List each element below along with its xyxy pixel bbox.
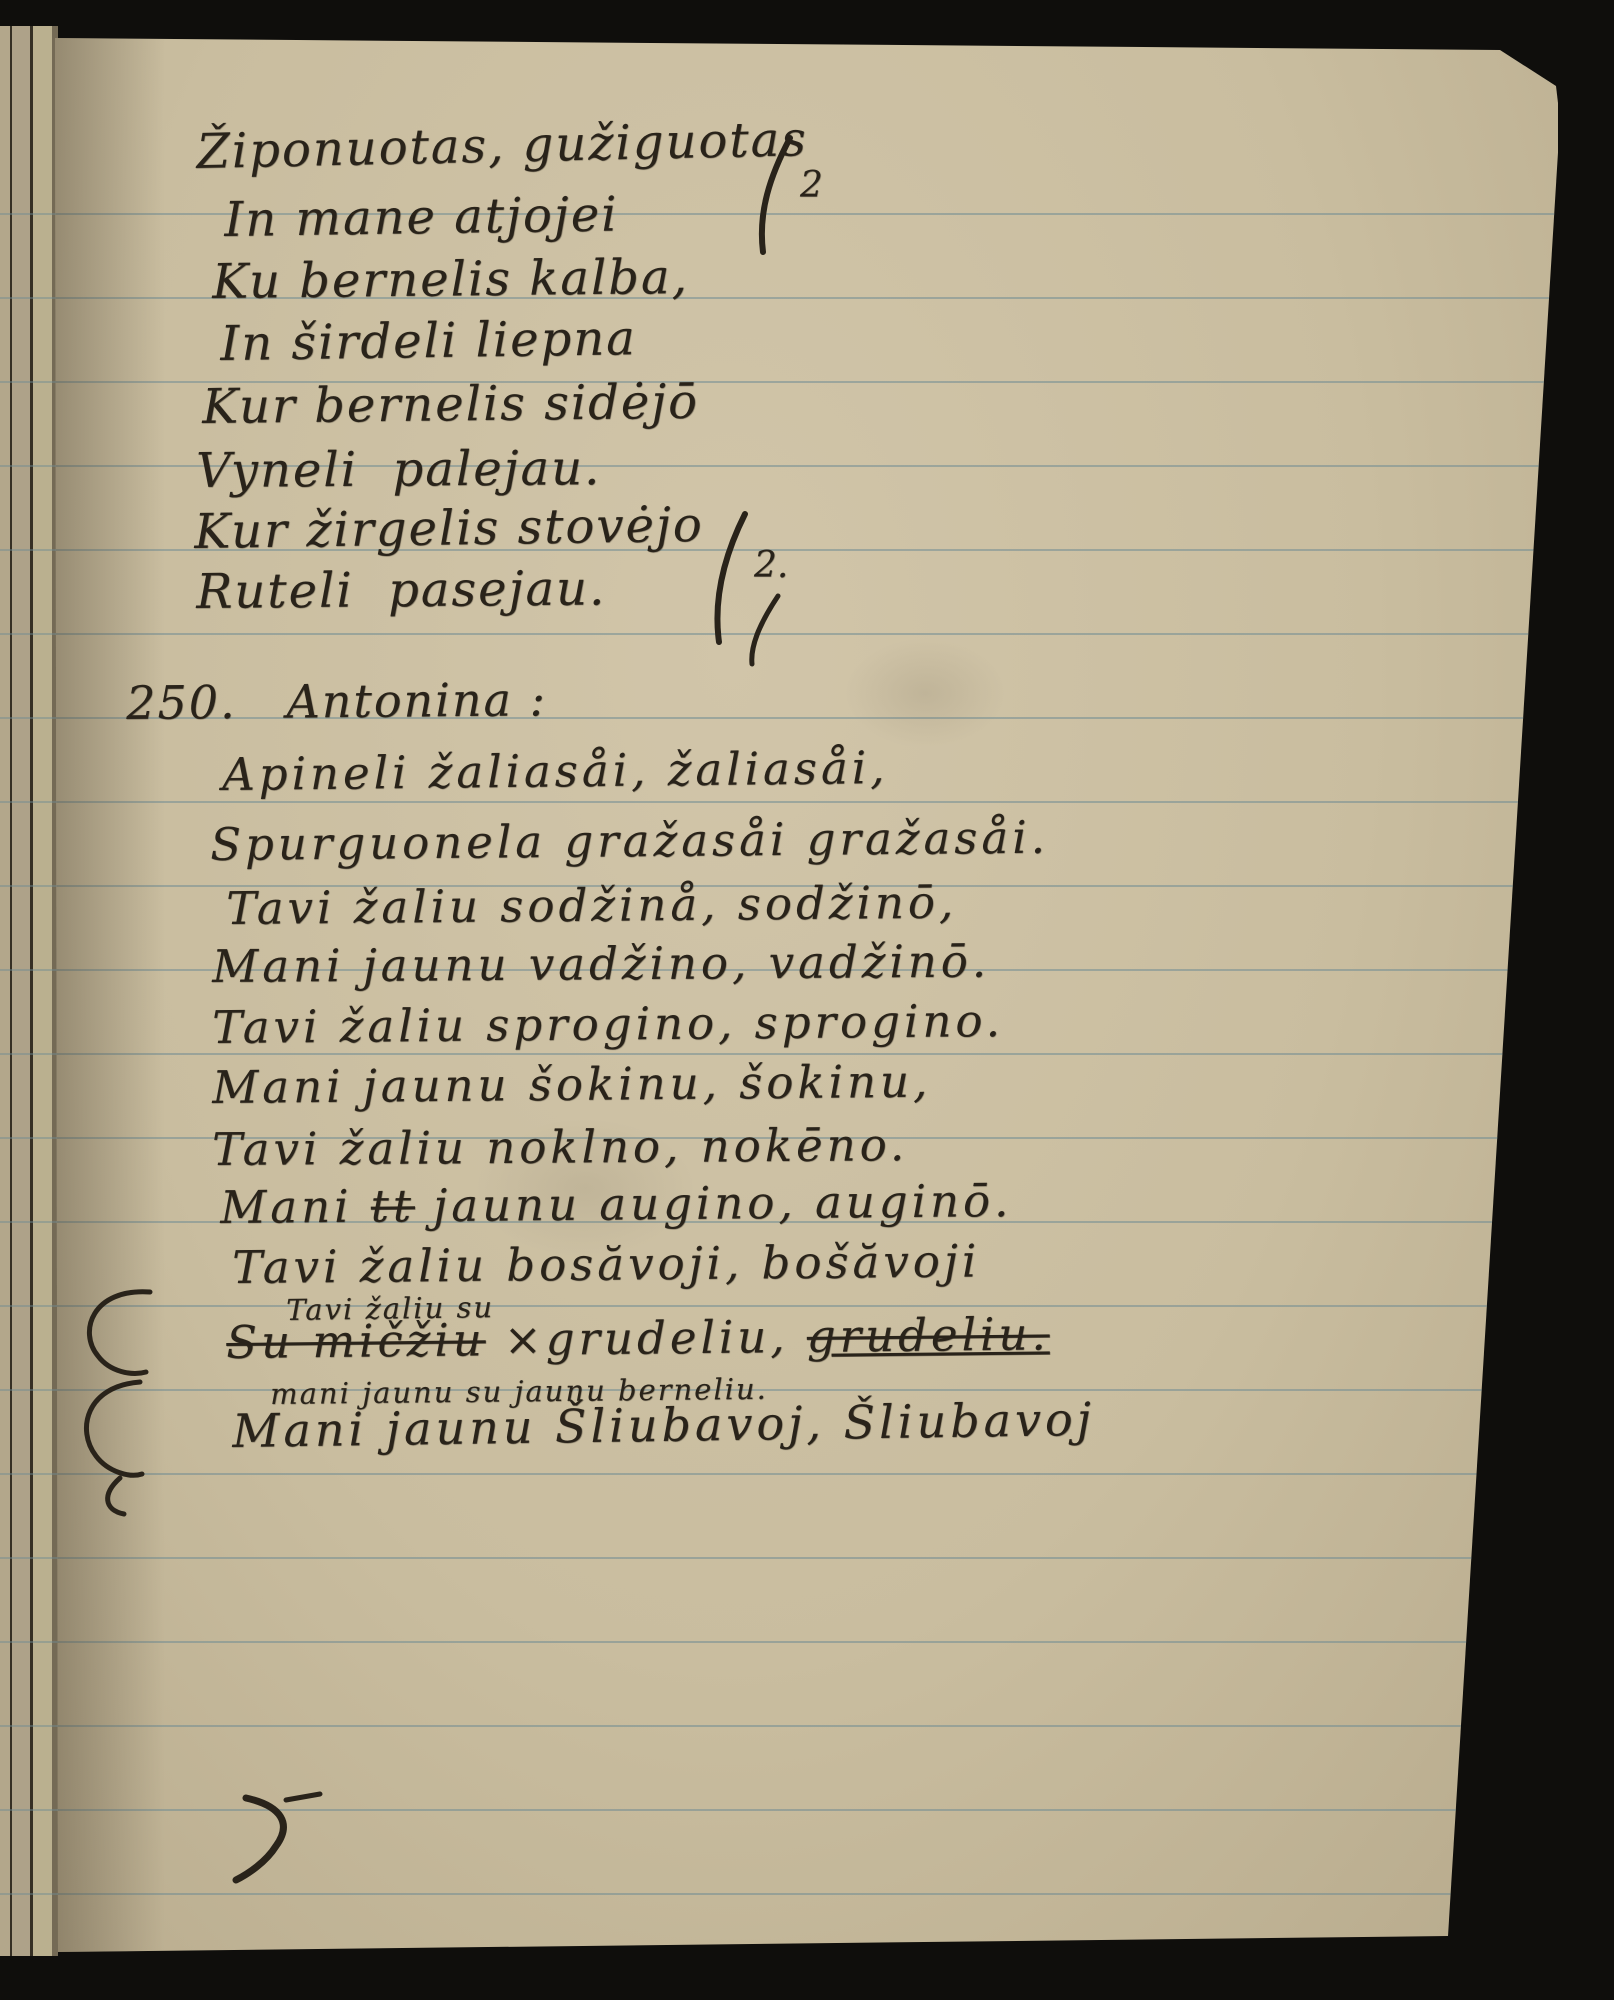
word-run: Ruteli pasejau. bbox=[196, 560, 607, 620]
word-run: Ku bernelis kalba, bbox=[212, 249, 689, 310]
word-run: Tavi žaliu bosăvoji, bošăvoji bbox=[232, 1234, 980, 1294]
word-run: Mani bbox=[220, 1180, 371, 1234]
word-run: Tavi žaliu sodžinå, sodžinō, bbox=[226, 876, 957, 935]
stanza1-line: Vyneli palejau. bbox=[196, 444, 601, 495]
stanza2-line: Mani jaunu šokinu, šokinu, bbox=[212, 1059, 932, 1110]
stanza2-line: Tavi žaliu sodžinå, sodžinō, bbox=[226, 880, 957, 931]
entry-heading: 250. Antonina : bbox=[126, 676, 547, 726]
handwriting-layer: Žiponuotas, gužiguotasIn mane atjojeiKu … bbox=[0, 0, 1614, 2000]
struck-word: Su mičžiu bbox=[226, 1313, 486, 1369]
word-run: Mani jaunu Šliubavoj, Šliubavoj bbox=[232, 1392, 1095, 1458]
word-run: Mani jaunu vadžino, vadžinō. bbox=[212, 935, 990, 993]
stanza1-line: In mane atjojei bbox=[224, 190, 619, 243]
word-run: Apineli žaliasåi, žaliasåi, bbox=[222, 741, 889, 801]
word-run: Spurguonela gražasåi gražasåi. bbox=[210, 811, 1049, 871]
word-run: In širdeli liepna bbox=[220, 310, 637, 372]
word-run: Žiponuotas, gužiguotas bbox=[196, 111, 809, 180]
word-run: In mane atjojei bbox=[224, 186, 619, 247]
stanza1-line: In širdeli liepna bbox=[220, 314, 637, 368]
word-run: ×grudeliu, bbox=[485, 1310, 807, 1366]
word-run: Tavi žaliu noklno, nokēno. bbox=[212, 1118, 908, 1176]
stanza1-line: Ruteli pasejau. bbox=[196, 564, 606, 616]
stanza1-line: Žiponuotas, gužiguotas bbox=[196, 115, 808, 176]
struck-word: tt bbox=[371, 1179, 416, 1232]
stanza2-line: Su mičžiu ×grudeliu, grudeliu. bbox=[226, 1311, 1050, 1365]
stanza2-line: Tavi žaliu sprogino, sprogino. bbox=[212, 998, 1004, 1050]
stanza2-line: Mani jaunu vadžino, vadžinō. bbox=[212, 939, 990, 989]
stanza1-line: Ku bernelis kalba, bbox=[212, 253, 689, 306]
word-run: Kur bernelis sidėjō bbox=[202, 374, 699, 435]
stanza2-line: Mani tt jaunu augino, auginō. bbox=[220, 1178, 1013, 1230]
repeat-count: 2. bbox=[754, 548, 788, 584]
word-run: Mani jaunu šokinu, šokinu, bbox=[212, 1055, 932, 1114]
stanza2-line: Tavi žaliu bosăvoji, bošăvoji bbox=[232, 1238, 980, 1290]
stanza2-line: Tavi žaliu noklno, nokēno. bbox=[212, 1122, 908, 1172]
stanza2-line: Spurguonela gražasåi gražasåi. bbox=[210, 815, 1049, 867]
struck-word: grudeliu. bbox=[807, 1307, 1050, 1363]
word-run: 250. Antonina : bbox=[126, 672, 547, 730]
repeat-count: 2 bbox=[800, 168, 823, 204]
word-run: Tavi žaliu sprogino, sprogino. bbox=[212, 994, 1004, 1054]
word-run: Vyneli palejau. bbox=[196, 440, 602, 499]
word-run: Kur žirgelis stovėjo bbox=[194, 497, 704, 560]
word-run: jaunu augino, auginō. bbox=[415, 1174, 1013, 1232]
stanza2-line: Apineli žaliasåi, žaliasåi, bbox=[222, 745, 889, 797]
stanza2-line: Mani jaunu Šliubavoj, Šliubavoj bbox=[232, 1396, 1095, 1454]
stanza1-line: Kur žirgelis stovėjo bbox=[194, 501, 704, 556]
stanza1-line: Kur bernelis sidėjō bbox=[202, 378, 699, 431]
scan-backdrop: Žiponuotas, gužiguotasIn mane atjojeiKu … bbox=[0, 0, 1614, 2000]
